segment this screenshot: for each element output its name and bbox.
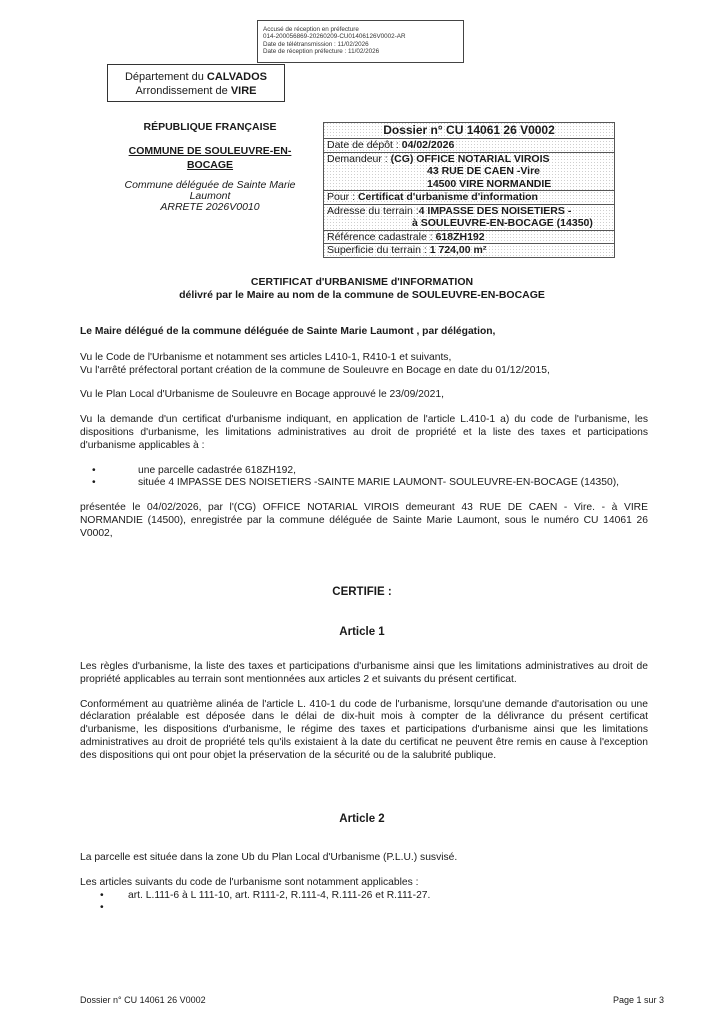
vu-plu: Vu le Plan Local d'Urbanisme de Souleuvr…	[80, 389, 648, 402]
commune-deleguee: Commune déléguée de Sainte Marie Laumont	[110, 180, 310, 202]
stamp-line: 014-200056869-20260209-CU01406126V0002-A…	[263, 33, 463, 40]
pour-label: Pour :	[327, 191, 358, 203]
issuer-header: RÉPUBLIQUE FRANÇAISE COMMUNE DE SOULEUVR…	[110, 120, 310, 213]
pour-row: Pour : Certificat d'urbanisme d'informat…	[323, 190, 615, 204]
stamp-line: Date de télétransmission : 11/02/2026	[263, 41, 463, 48]
list-item: art. L.111-6 à L 111-10, art. R111-2, R.…	[104, 890, 648, 903]
arrondissement-line: Arrondissement de VIRE	[108, 84, 284, 98]
dossier-box: Dossier n° CU 14061 26 V0002 Date de dép…	[323, 122, 615, 258]
department-box: Département du CALVADOS Arrondissement d…	[107, 64, 285, 102]
department-name: CALVADOS	[207, 71, 267, 83]
date-depot-value: 04/02/2026	[402, 139, 455, 151]
maire-line: Le Maire délégué de la commune déléguée …	[80, 326, 648, 339]
demandeur-name: (CG) OFFICE NOTARIAL VIROIS	[391, 153, 550, 165]
footer-dossier: Dossier n° CU 14061 26 V0002	[80, 995, 206, 1005]
republique-heading: RÉPUBLIQUE FRANÇAISE	[110, 120, 310, 134]
demandeur-row: Demandeur : (CG) OFFICE NOTARIAL VIROIS …	[323, 152, 615, 191]
reference-label: Référence cadastrale :	[327, 231, 436, 243]
certificate-title: CERTIFICAT d'URBANISME d'INFORMATION dél…	[0, 276, 724, 302]
list-item: une parcelle cadastrée 618ZH192,	[80, 465, 648, 478]
demandeur-address-2: 14500 VIRE NORMANDIE	[427, 178, 551, 190]
superficie-row: Superficie du terrain : 1 724,00 m²	[323, 243, 615, 258]
reference-row: Référence cadastrale : 618ZH192	[323, 230, 615, 244]
stamp-line: Accusé de réception en préfecture	[263, 26, 463, 33]
demandeur-label: Demandeur :	[327, 153, 391, 165]
reference-value: 618ZH192	[436, 231, 485, 243]
vu-demande: Vu la demande d'un certificat d'urbanism…	[80, 414, 648, 452]
superficie-value: 1 724,00 m²	[430, 244, 487, 256]
arrondissement-prefix: Arrondissement de	[135, 85, 230, 97]
adresse-row: Adresse du terrain :4 IMPASSE DES NOISET…	[323, 204, 615, 230]
certifie-heading: CERTIFIE :	[0, 586, 724, 598]
demandeur-address-1: 43 RUE DE CAEN -Vire	[427, 165, 540, 177]
preamble: Le Maire délégué de la commune déléguée …	[80, 326, 648, 541]
list-item	[104, 902, 648, 915]
list-item: située 4 IMPASSE DES NOISETIERS -SAINTE …	[80, 477, 648, 490]
arrondissement-name: VIRE	[231, 85, 257, 97]
prefecture-receipt-stamp: Accusé de réception en préfecture 014-20…	[257, 20, 464, 63]
article2-paragraph: Les articles suivants du code de l'urban…	[80, 877, 648, 890]
dossier-number: Dossier n° CU 14061 26 V0002	[323, 122, 615, 138]
certificate-title-line2: délivré par le Maire au nom de la commun…	[0, 289, 724, 302]
arrete-number: ARRETE 2026V0010	[110, 202, 310, 213]
article1-paragraph: Les règles d'urbanisme, la liste des tax…	[80, 661, 648, 687]
article2-body: La parcelle est située dans la zone Ub d…	[80, 852, 648, 915]
article2-heading: Article 2	[0, 813, 724, 825]
date-depot-label: Date de dépôt :	[327, 139, 402, 151]
article1-paragraph: Conformément au quatrième alinéa de l'ar…	[80, 699, 648, 763]
article1-heading: Article 1	[0, 626, 724, 638]
stamp-line: Date de réception préfecture : 11/02/202…	[263, 48, 463, 55]
department-prefix: Département du	[125, 71, 207, 83]
vu-arrete: Vu l'arrêté préfectoral portant création…	[80, 365, 648, 378]
presentee: présentée le 04/02/2026, par l'(CG) OFFI…	[80, 502, 648, 540]
superficie-label: Superficie du terrain :	[327, 244, 430, 256]
certificate-title-line1: CERTIFICAT d'URBANISME d'INFORMATION	[0, 276, 724, 289]
bullet-list: une parcelle cadastrée 618ZH192, située …	[80, 465, 648, 491]
page-number: Page 1 sur 3	[613, 995, 664, 1005]
adresse-line-1: 4 IMPASSE DES NOISETIERS -	[419, 205, 572, 217]
adresse-label: Adresse du terrain :	[327, 205, 419, 217]
department-line: Département du CALVADOS	[108, 70, 284, 84]
article2-paragraph: La parcelle est située dans la zone Ub d…	[80, 852, 648, 865]
article1-body: Les règles d'urbanisme, la liste des tax…	[80, 661, 648, 763]
pour-value: Certificat d'urbanisme d'information	[358, 191, 538, 203]
date-depot-row: Date de dépôt : 04/02/2026	[323, 138, 615, 152]
commune-heading: COMMUNE DE SOULEUVRE-EN-BOCAGE	[110, 144, 310, 172]
vu-code: Vu le Code de l'Urbanisme et notamment s…	[80, 352, 648, 365]
adresse-line-2: à SOULEUVRE-EN-BOCAGE (14350)	[412, 217, 593, 229]
